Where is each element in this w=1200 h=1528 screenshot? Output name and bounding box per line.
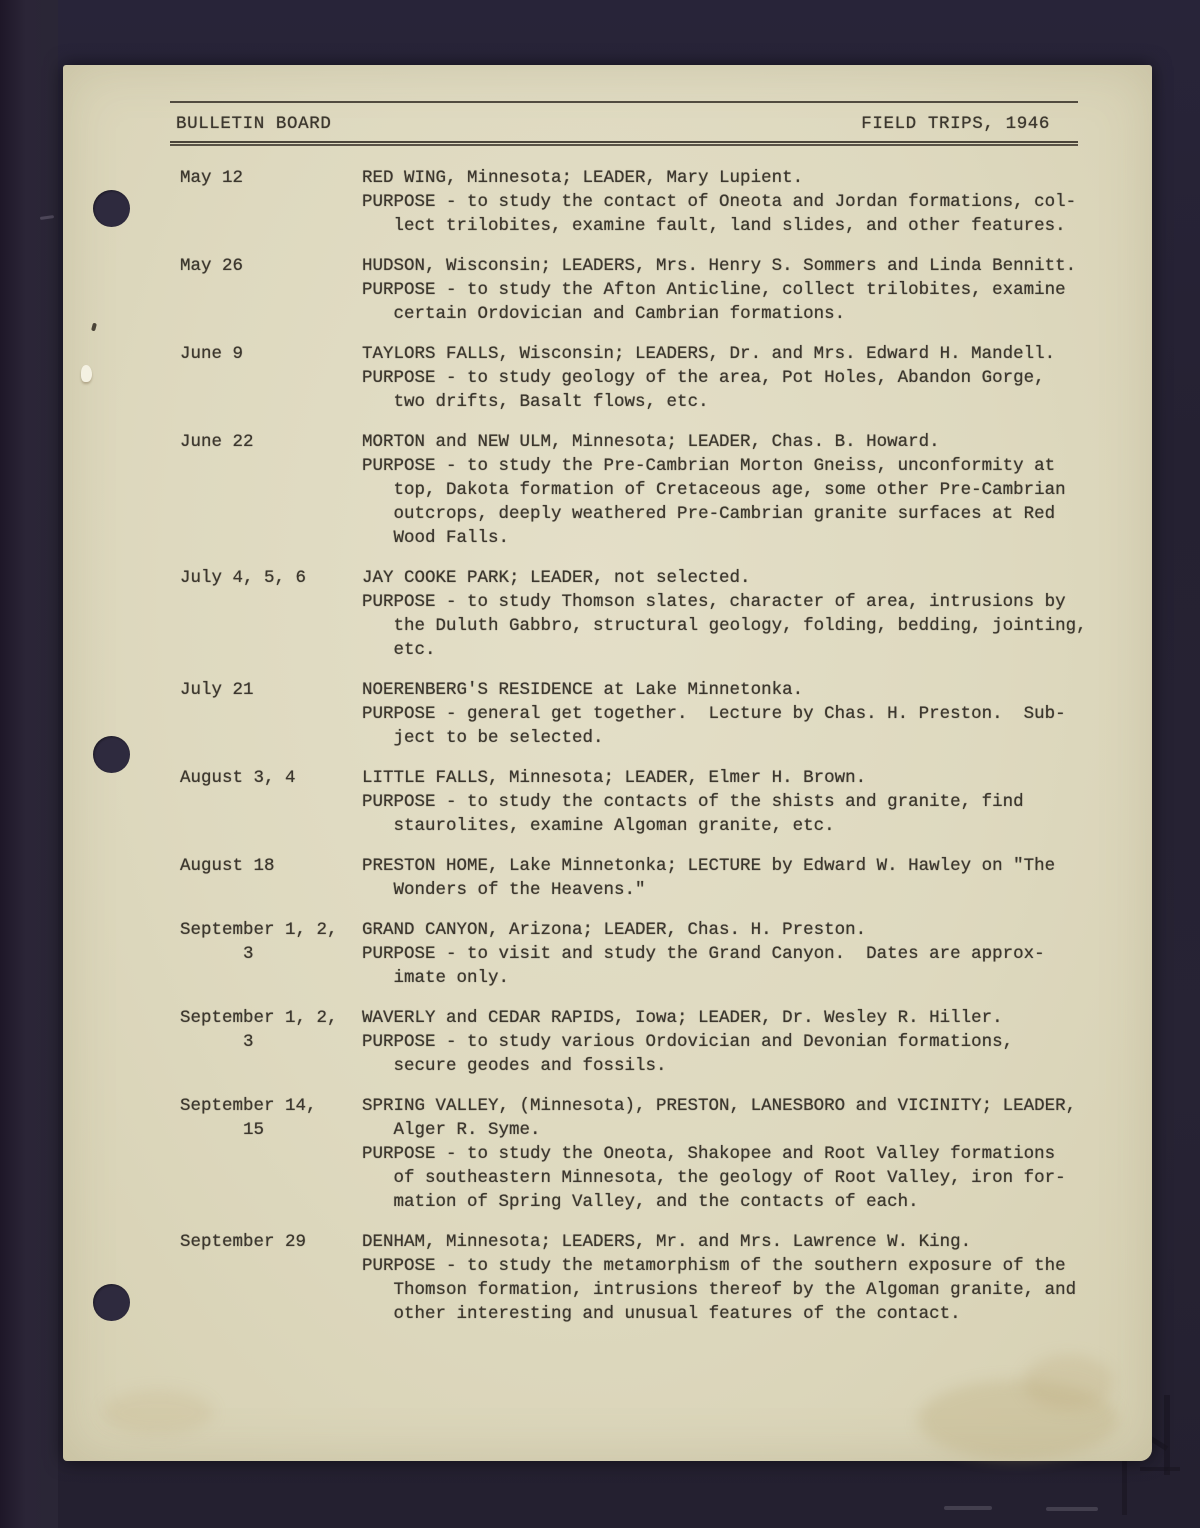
entry-date: September 29 xyxy=(180,1230,362,1254)
field-trip-entry: July 4, 5, 6 JAY COOKE PARK; LEADER, not… xyxy=(180,566,1152,662)
field-trip-entry: June 22 MORTON and NEW ULM, Minnesota; L… xyxy=(180,430,1152,550)
entry-description: MORTON and NEW ULM, Minnesota; LEADER, C… xyxy=(362,430,1102,550)
entry-description: PRESTON HOME, Lake Minnetonka; LECTURE b… xyxy=(362,854,1102,902)
header-row: BULLETIN BOARD FIELD TRIPS, 1946 xyxy=(170,103,1078,141)
entry-date: May 26 xyxy=(180,254,362,278)
page-header: BULLETIN BOARD FIELD TRIPS, 1946 xyxy=(170,101,1078,146)
entry-description: HUDSON, Wisconsin; LEADERS, Mrs. Henry S… xyxy=(362,254,1102,326)
entry-date: September 1, 2, 3 xyxy=(180,1006,362,1054)
entry-date: August 18 xyxy=(180,854,362,878)
entry-description: WAVERLY and CEDAR RAPIDS, Iowa; LEADER, … xyxy=(362,1006,1102,1078)
header-title-left: BULLETIN BOARD xyxy=(176,114,331,134)
entry-description: NOERENBERG'S RESIDENCE at Lake Minnetonk… xyxy=(362,678,1102,750)
paper-stain xyxy=(103,1390,213,1435)
entry-description: GRAND CANYON, Arizona; LEADER, Chas. H. … xyxy=(362,918,1102,990)
field-trip-entry: September 29 DENHAM, Minnesota; LEADERS,… xyxy=(180,1230,1152,1326)
field-trip-entry: May 26 HUDSON, Wisconsin; LEADERS, Mrs. … xyxy=(180,254,1152,326)
entry-date: May 12 xyxy=(180,166,362,190)
entry-description: SPRING VALLEY, (Minnesota), PRESTON, LAN… xyxy=(362,1094,1102,1214)
header-title-right: FIELD TRIPS, 1946 xyxy=(861,114,1050,134)
entry-description: TAYLORS FALLS, Wisconsin; LEADERS, Dr. a… xyxy=(362,342,1102,414)
field-trip-entry: August 3, 4 LITTLE FALLS, Minnesota; LEA… xyxy=(180,766,1152,838)
entry-date: September 1, 2, 3 xyxy=(180,918,362,966)
field-trip-entry: September 14, 15 SPRING VALLEY, (Minneso… xyxy=(180,1094,1152,1214)
entry-description: DENHAM, Minnesota; LEADERS, Mr. and Mrs.… xyxy=(362,1230,1102,1326)
document-page: BULLETIN BOARD FIELD TRIPS, 1946 May 12 … xyxy=(63,65,1152,1461)
entry-description: LITTLE FALLS, Minnesota; LEADER, Elmer H… xyxy=(362,766,1102,838)
header-rule-double xyxy=(170,141,1078,146)
field-trip-entry: July 21 NOERENBERG'S RESIDENCE at Lake M… xyxy=(180,678,1152,750)
scanner-background-left-edge xyxy=(0,0,58,1528)
field-trip-entry: May 12 RED WING, Minnesota; LEADER, Mary… xyxy=(180,166,1152,238)
entry-description: RED WING, Minnesota; LEADER, Mary Lupien… xyxy=(362,166,1102,238)
entry-date: July 21 xyxy=(180,678,362,702)
entry-date: July 4, 5, 6 xyxy=(180,566,362,590)
field-trip-entry: September 1, 2, 3 WAVERLY and CEDAR RAPI… xyxy=(180,1006,1152,1078)
entry-description: JAY COOKE PARK; LEADER, not selected. PU… xyxy=(362,566,1102,662)
streak-mark xyxy=(1140,1467,1180,1471)
entry-date: June 22 xyxy=(180,430,362,454)
background-mark xyxy=(944,1506,992,1510)
field-trip-entry: August 18 PRESTON HOME, Lake Minnetonka;… xyxy=(180,854,1152,902)
entry-date: June 9 xyxy=(180,342,362,366)
paper-stain xyxy=(1023,1355,1113,1410)
page-content: BULLETIN BOARD FIELD TRIPS, 1946 May 12 … xyxy=(63,65,1152,1342)
streak-mark xyxy=(1164,1395,1170,1475)
entry-date: August 3, 4 xyxy=(180,766,362,790)
entries-list: May 12 RED WING, Minnesota; LEADER, Mary… xyxy=(180,166,1152,1326)
entry-date: September 14, 15 xyxy=(180,1094,362,1142)
field-trip-entry: September 1, 2, 3 GRAND CANYON, Arizona;… xyxy=(180,918,1152,990)
field-trip-entry: June 9 TAYLORS FALLS, Wisconsin; LEADERS… xyxy=(180,342,1152,414)
